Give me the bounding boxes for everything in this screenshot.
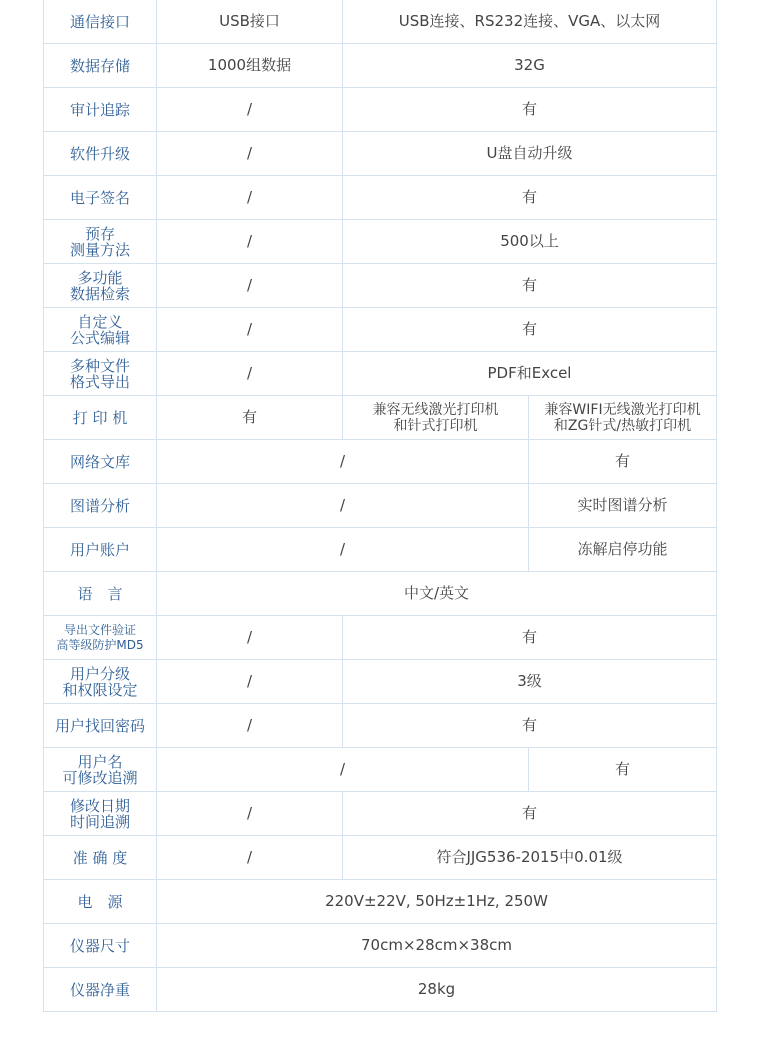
table-row: 审计追踪/有 [44, 88, 717, 132]
spec-value: 28kg [157, 968, 717, 1012]
row-label: 电子签名 [44, 176, 157, 220]
table-row: 准 确 度/符合JJG536-2015中0.01级 [44, 836, 717, 880]
row-label: 仪器净重 [44, 968, 157, 1012]
spec-value: 70cm×28cm×38cm [157, 924, 717, 968]
row-label: 仪器尺寸 [44, 924, 157, 968]
table-row: 电 源220V±22V, 50Hz±1Hz, 250W [44, 880, 717, 924]
spec-value: 有 [343, 264, 717, 308]
table-row: 打 印 机有兼容无线激光打印机 和针式打印机兼容WIFI无线激光打印机 和ZG针… [44, 396, 717, 440]
row-label: 修改日期 时间追溯 [44, 792, 157, 836]
spec-value: 有 [343, 88, 717, 132]
table-row: 自定义 公式编辑/有 [44, 308, 717, 352]
basic-model-value: / [157, 484, 529, 528]
table-row: 仪器尺寸70cm×28cm×38cm [44, 924, 717, 968]
row-label: 用户账户 [44, 528, 157, 572]
basic-model-value: / [157, 88, 343, 132]
spec-value: 有 [343, 308, 717, 352]
row-label: 软件升级 [44, 132, 157, 176]
row-label: 用户分级 和权限设定 [44, 660, 157, 704]
table-row: 数据存储1000组数据32G [44, 44, 717, 88]
basic-model-value: / [157, 132, 343, 176]
standard-model-value: 兼容无线激光打印机 和针式打印机 [343, 396, 529, 440]
table-row: 用户账户/冻解启停功能 [44, 528, 717, 572]
table-row: 多功能 数据检索/有 [44, 264, 717, 308]
advanced-model-value: 有 [529, 440, 717, 484]
table-row: 多种文件 格式导出/PDF和Excel [44, 352, 717, 396]
table-row: 用户名 可修改追溯/有 [44, 748, 717, 792]
spec-value: U盘自动升级 [343, 132, 717, 176]
basic-model-value: 有 [157, 396, 343, 440]
spec-table-body: 通信接口USB接口USB连接、RS232连接、VGA、以太网数据存储1000组数… [44, 0, 717, 1012]
row-label: 网络文库 [44, 440, 157, 484]
spec-value: 3级 [343, 660, 717, 704]
basic-model-value: / [157, 440, 529, 484]
row-label: 准 确 度 [44, 836, 157, 880]
spec-value: 有 [343, 704, 717, 748]
basic-model-value: / [157, 176, 343, 220]
row-label: 打 印 机 [44, 396, 157, 440]
row-label: 审计追踪 [44, 88, 157, 132]
spec-value: 有 [343, 792, 717, 836]
table-row: 用户找回密码/有 [44, 704, 717, 748]
row-label: 语 言 [44, 572, 157, 616]
row-label: 多功能 数据检索 [44, 264, 157, 308]
table-row: 修改日期 时间追溯/有 [44, 792, 717, 836]
spec-value: 500以上 [343, 220, 717, 264]
table-row: 网络文库/有 [44, 440, 717, 484]
spec-value: 220V±22V, 50Hz±1Hz, 250W [157, 880, 717, 924]
advanced-model-value: 实时图谱分析 [529, 484, 717, 528]
row-label: 电 源 [44, 880, 157, 924]
basic-model-value: / [157, 748, 529, 792]
table-row: 导出文件验证 高等级防护MD5/有 [44, 616, 717, 660]
spec-value: USB连接、RS232连接、VGA、以太网 [343, 0, 717, 44]
advanced-model-value: 有 [529, 748, 717, 792]
basic-model-value: / [157, 528, 529, 572]
table-row: 预存 测量方法/500以上 [44, 220, 717, 264]
table-row: 仪器净重28kg [44, 968, 717, 1012]
table-row: 通信接口USB接口USB连接、RS232连接、VGA、以太网 [44, 0, 717, 44]
basic-model-value: / [157, 308, 343, 352]
advanced-model-value: 冻解启停功能 [529, 528, 717, 572]
spec-value: 32G [343, 44, 717, 88]
spec-value: 符合JJG536-2015中0.01级 [343, 836, 717, 880]
basic-model-value: USB接口 [157, 0, 343, 44]
basic-model-value: / [157, 352, 343, 396]
row-label: 用户找回密码 [44, 704, 157, 748]
spec-value: 中文/英文 [157, 572, 717, 616]
row-label: 导出文件验证 高等级防护MD5 [44, 616, 157, 660]
spec-value: 有 [343, 616, 717, 660]
row-label: 多种文件 格式导出 [44, 352, 157, 396]
basic-model-value: 1000组数据 [157, 44, 343, 88]
table-row: 用户分级 和权限设定/3级 [44, 660, 717, 704]
row-label: 用户名 可修改追溯 [44, 748, 157, 792]
spec-value: PDF和Excel [343, 352, 717, 396]
basic-model-value: / [157, 792, 343, 836]
table-row: 电子签名/有 [44, 176, 717, 220]
table-row: 图谱分析/实时图谱分析 [44, 484, 717, 528]
row-label: 通信接口 [44, 0, 157, 44]
basic-model-value: / [157, 616, 343, 660]
basic-model-value: / [157, 704, 343, 748]
basic-model-value: / [157, 264, 343, 308]
row-label: 自定义 公式编辑 [44, 308, 157, 352]
spec-table: 通信接口USB接口USB连接、RS232连接、VGA、以太网数据存储1000组数… [43, 0, 717, 1012]
basic-model-value: / [157, 836, 343, 880]
advanced-model-value: 兼容WIFI无线激光打印机 和ZG针式/热敏打印机 [529, 396, 717, 440]
row-label: 图谱分析 [44, 484, 157, 528]
row-label: 数据存储 [44, 44, 157, 88]
spec-value: 有 [343, 176, 717, 220]
table-row: 语 言中文/英文 [44, 572, 717, 616]
row-label: 预存 测量方法 [44, 220, 157, 264]
table-row: 软件升级/U盘自动升级 [44, 132, 717, 176]
basic-model-value: / [157, 660, 343, 704]
basic-model-value: / [157, 220, 343, 264]
